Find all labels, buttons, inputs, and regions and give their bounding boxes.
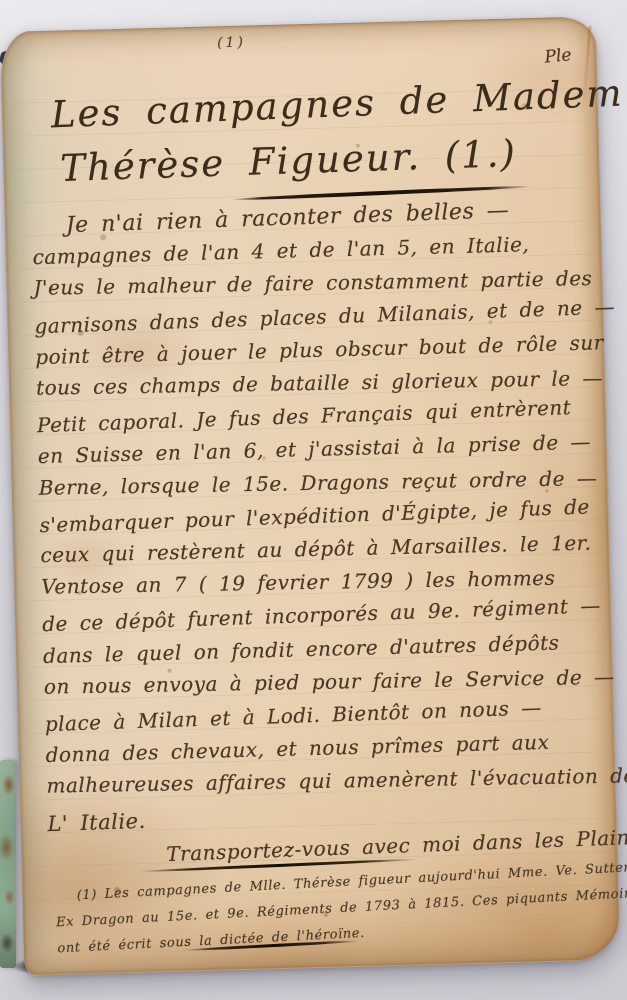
manuscript-photo: (1) Ple Les campagnes de Madem.= Thérèse… [0,0,627,1000]
manuscript-page: (1) Ple Les campagnes de Madem.= Thérèse… [0,16,620,975]
page-number: (1) [217,35,246,52]
book-spine-edge [0,760,16,968]
paper-specks [1,33,5,37]
corner-annotation: Ple [544,45,573,67]
manuscript-body: Je n'ai rien à raconter des belles — cam… [31,194,594,872]
